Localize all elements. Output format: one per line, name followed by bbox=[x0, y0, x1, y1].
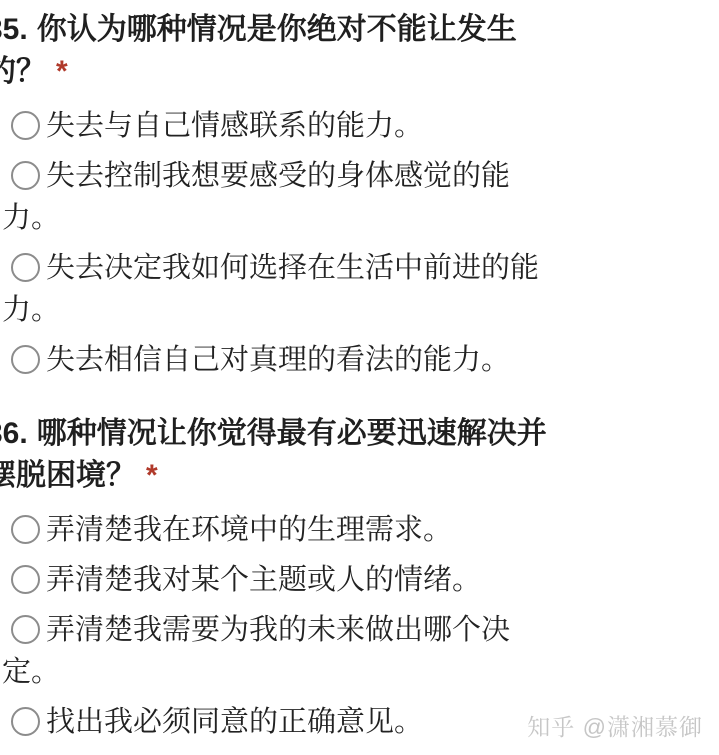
option-label: 失去相信自己对真理的看法的能力。 bbox=[46, 344, 510, 376]
radio-button-icon[interactable] bbox=[11, 515, 40, 544]
radio-option[interactable]: 失去相信自己对真理的看法的能力。 bbox=[2, 339, 566, 389]
question-35: 35.你认为哪种情况是你绝对不能让发生的？* 失去与自己情感联系的能力。 失去控… bbox=[0, 9, 566, 389]
question-title: 36.哪种情况让你觉得最有必要迅速解决并摆脱困境？* bbox=[0, 413, 566, 497]
radio-button-icon[interactable] bbox=[11, 253, 40, 282]
option-label: 弄清楚我在环境中的生理需求。 bbox=[46, 514, 452, 546]
required-asterisk: * bbox=[146, 459, 158, 492]
radio-option[interactable]: 弄清楚我对某个主题或人的情绪。 bbox=[2, 559, 566, 609]
question-text: 你认为哪种情况是你绝对不能让发生的？ bbox=[0, 13, 517, 88]
radio-option[interactable]: 失去决定我如何选择在生活中前进的能力。 bbox=[2, 247, 566, 339]
option-label: 失去控制我想要感受的身体感觉的能力。 bbox=[2, 160, 510, 234]
radio-button-icon[interactable] bbox=[11, 615, 40, 644]
question-title: 35.你认为哪种情况是你绝对不能让发生的？* bbox=[0, 9, 566, 93]
radio-option[interactable]: 弄清楚我在环境中的生理需求。 bbox=[2, 509, 566, 559]
radio-button-icon[interactable] bbox=[11, 707, 40, 736]
question-36: 36.哪种情况让你觉得最有必要迅速解决并摆脱困境？* 弄清楚我在环境中的生理需求… bbox=[0, 389, 566, 751]
question-number: 35. bbox=[0, 13, 28, 46]
option-label: 失去与自己情感联系的能力。 bbox=[46, 110, 423, 142]
radio-button-icon[interactable] bbox=[11, 111, 40, 140]
question-number: 36. bbox=[0, 417, 28, 450]
radio-option[interactable]: 失去控制我想要感受的身体感觉的能力。 bbox=[2, 155, 566, 247]
zhihu-watermark: 知乎 @潇湘慕御 bbox=[527, 712, 703, 742]
option-label: 弄清楚我对某个主题或人的情绪。 bbox=[46, 564, 481, 596]
question-text: 哪种情况让你觉得最有必要迅速解决并摆脱困境？ bbox=[0, 417, 547, 492]
option-label: 找出我必须同意的正确意见。 bbox=[46, 706, 423, 738]
radio-option[interactable]: 找出我必须同意的正确意见。 bbox=[2, 701, 566, 751]
required-asterisk: * bbox=[56, 55, 68, 88]
survey-page: 35.你认为哪种情况是你绝对不能让发生的？* 失去与自己情感联系的能力。 失去控… bbox=[0, 0, 719, 755]
radio-button-icon[interactable] bbox=[11, 345, 40, 374]
radio-option[interactable]: 弄清楚我需要为我的未来做出哪个决定。 bbox=[2, 609, 566, 701]
radio-button-icon[interactable] bbox=[11, 565, 40, 594]
radio-button-icon[interactable] bbox=[11, 161, 40, 190]
options-group: 弄清楚我在环境中的生理需求。 弄清楚我对某个主题或人的情绪。 弄清楚我需要为我的… bbox=[0, 497, 566, 751]
options-group: 失去与自己情感联系的能力。 失去控制我想要感受的身体感觉的能力。 失去决定我如何… bbox=[0, 93, 566, 389]
option-label: 失去决定我如何选择在生活中前进的能力。 bbox=[2, 252, 539, 326]
option-label: 弄清楚我需要为我的未来做出哪个决定。 bbox=[2, 614, 510, 688]
radio-option[interactable]: 失去与自己情感联系的能力。 bbox=[2, 105, 566, 155]
survey-content: 35.你认为哪种情况是你绝对不能让发生的？* 失去与自己情感联系的能力。 失去控… bbox=[0, 0, 566, 751]
